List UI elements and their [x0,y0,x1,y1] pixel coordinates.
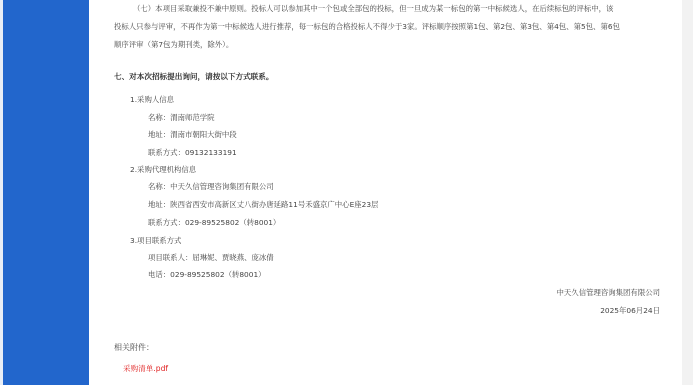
signature-date: 2025年06月24日 [600,306,660,316]
attachment-link-purchase-list[interactable]: 采购清单.pdf [123,364,168,374]
purchaser-address: 地址：渭南市朝阳大街中段 [148,130,237,140]
paragraph-line-2: 投标人只参与评审，不再作为第一中标候选人进行推荐，每一标包的合格投标人不得少于3… [114,22,620,32]
project-phone: 电话：029-89525802（转8001） [148,270,266,280]
left-sidebar-banner [3,0,89,385]
agency-name: 名称：中天久信管理咨询集团有限公司 [148,182,274,192]
agency-phone: 联系方式：029-89525802（转8001） [148,218,280,228]
agency-address: 地址：陕西省西安市高新区丈八街办唐延路11号禾盛京广中心E座23层 [148,200,378,210]
paragraph-line-1: （七）本项目采取兼投不兼中原则。投标人可以参加其中一个包或全部包的投标，但一旦成… [133,4,613,14]
purchaser-name: 名称：渭南师范学院 [148,113,215,123]
project-contact-title: 3.项目联系方式 [130,236,181,246]
purchaser-title: 1.采购人信息 [130,95,174,105]
notice-content: （七）本项目采取兼投不兼中原则。投标人可以参加其中一个包或全部包的投标，但一旦成… [89,0,682,385]
paragraph-line-3: 顺序评审（第7包为期刊类，除外）。 [114,40,233,50]
attachments-label: 相关附件： [114,343,154,353]
section-heading: 七、对本次招标提出询问，请按以下方式联系。 [114,72,273,82]
purchaser-phone: 联系方式：09132133191 [148,148,237,158]
right-gutter [682,0,693,385]
project-contacts: 项目联系人：屈琳妮、贾晓燕、庞冰倩 [148,253,274,263]
agency-title: 2.采购代理机构信息 [130,165,196,175]
signature-company: 中天久信管理咨询集团有限公司 [557,288,660,298]
